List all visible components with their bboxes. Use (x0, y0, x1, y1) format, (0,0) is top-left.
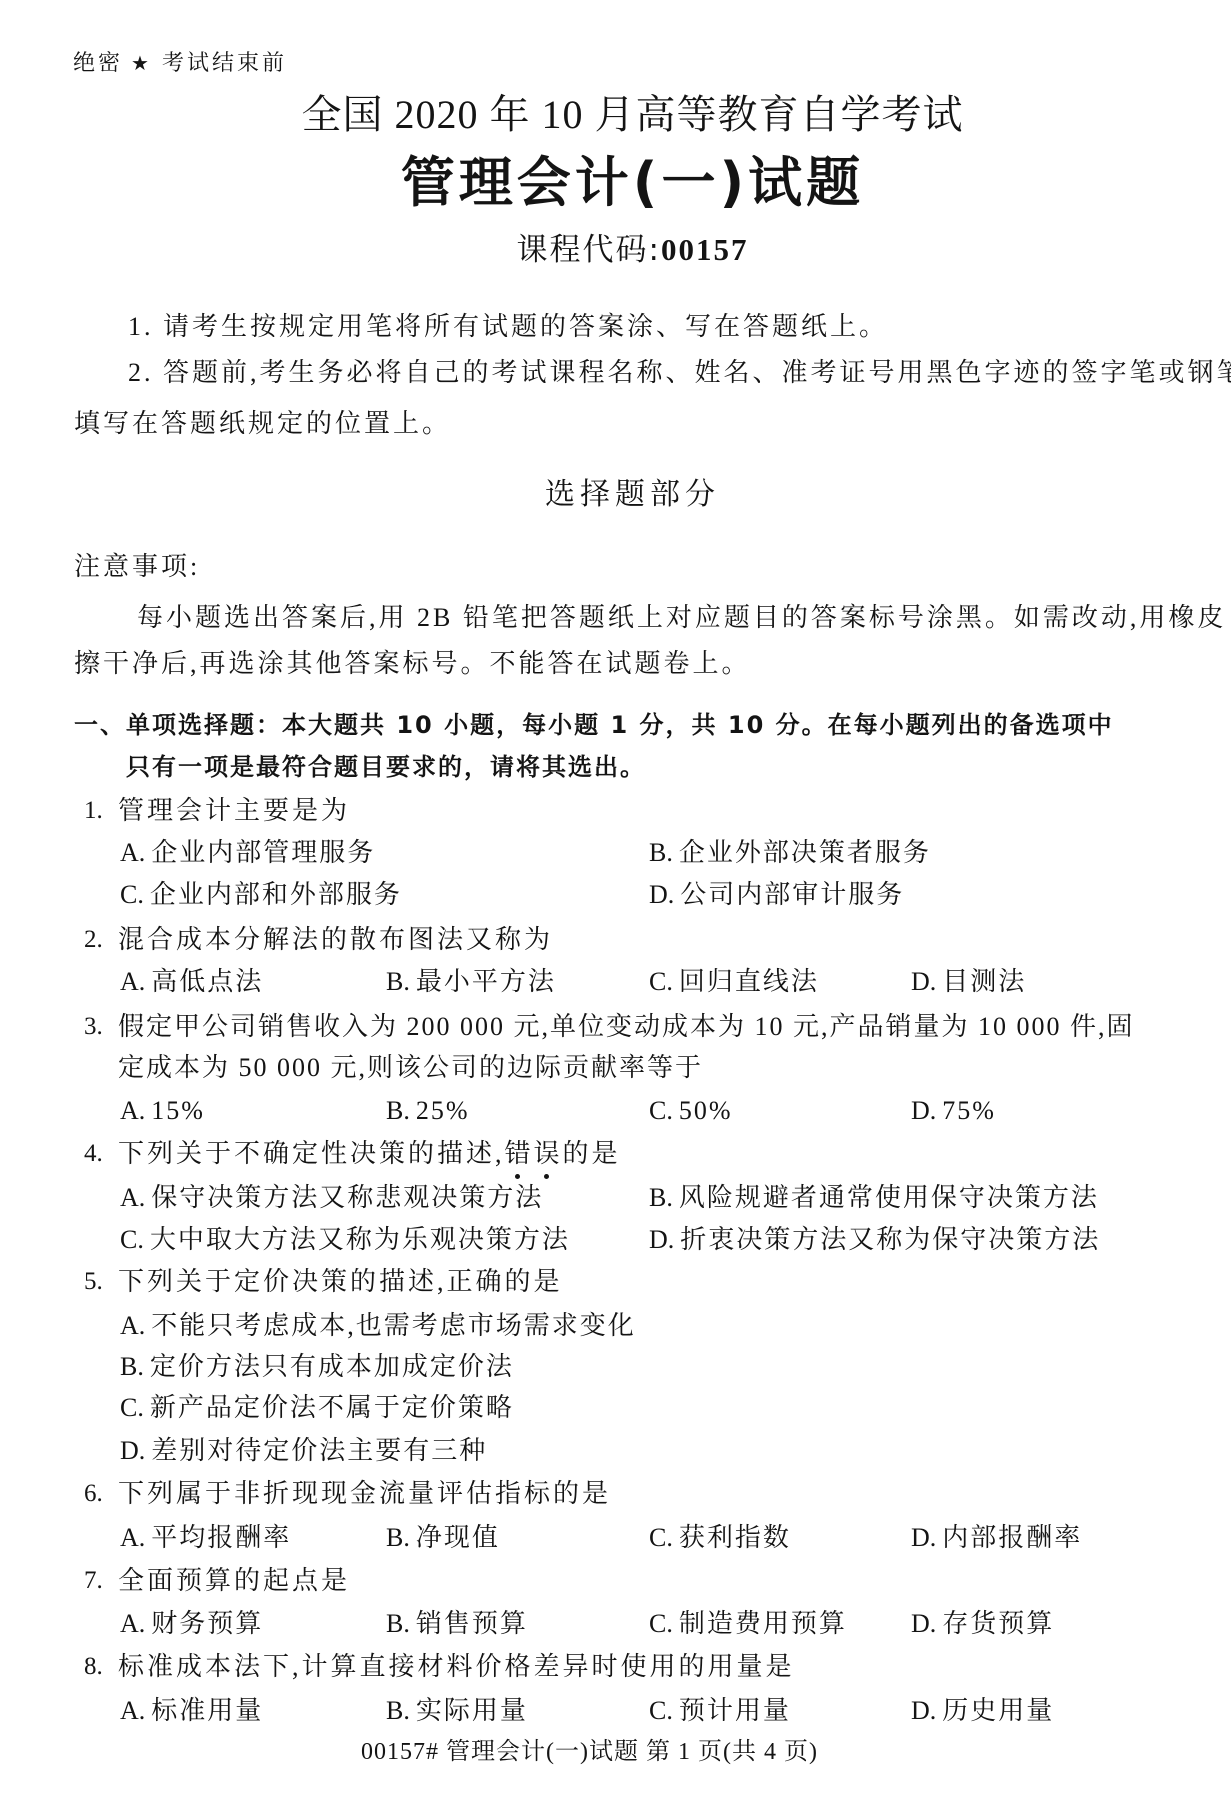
option-text: 75% (942, 1096, 996, 1125)
option-text: 平均报酬率 (151, 1523, 291, 1552)
question-stem: 管理会计主要是为 (118, 793, 350, 829)
option-c: C.预计用量 (649, 1693, 791, 1729)
option-c: C.回归直线法 (649, 964, 819, 1000)
question-number: 6. (84, 1476, 118, 1512)
option-c: C.企业内部和外部服务 (120, 877, 402, 913)
instruction-num: 2. (128, 358, 154, 387)
option-text: 销售预算 (416, 1609, 528, 1638)
option-b: B.企业外部决策者服务 (649, 835, 931, 871)
option-label: D. (120, 1436, 145, 1465)
option-label: D. (911, 967, 936, 996)
instruction-num: 1. (128, 312, 154, 341)
question-stem: 标准成本法下,计算直接材料价格差异时使用的用量是 (118, 1649, 795, 1685)
option-label: A. (120, 967, 145, 996)
option-label: A. (120, 1096, 145, 1125)
option-label: D. (649, 880, 674, 909)
option-text: 获利指数 (679, 1523, 791, 1552)
option-text: 差别对待定价法主要有三种 (151, 1436, 487, 1465)
option-c: C.大中取大方法又称为乐观决策方法 (120, 1222, 570, 1258)
emphasized-char: 误 (534, 1136, 563, 1172)
option-label: A. (120, 1523, 145, 1552)
option-label: C. (649, 1096, 673, 1125)
instruction-1: 1. 请考生按规定用笔将所有试题的答案涂、写在答题纸上。 (128, 309, 888, 345)
option-label: A. (120, 1311, 145, 1340)
option-text: 大中取大方法又称为乐观决策方法 (150, 1225, 570, 1254)
question-number: 5. (84, 1264, 118, 1300)
question-stem-line-2: 定成本为 50 000 元,则该公司的边际贡献率等于 (118, 1050, 703, 1086)
exam-page: 绝密★考试结束前 全国 2020 年 10 月高等教育自学考试 管理会计(一)试… (0, 0, 1231, 1793)
option-text: 净现值 (416, 1523, 500, 1552)
question-number: 7. (84, 1563, 118, 1599)
option-text: 50% (679, 1096, 733, 1125)
option-b: B.销售预算 (386, 1606, 528, 1642)
confidential-note: 考试结束前 (162, 51, 287, 76)
question-stem: 下列属于非折现现金流量评估指标的是 (118, 1476, 611, 1512)
option-text: 公司内部审计服务 (680, 880, 904, 909)
option-b: B.实际用量 (386, 1693, 528, 1729)
option-a: A.企业内部管理服务 (120, 835, 375, 871)
option-d: D.公司内部审计服务 (649, 877, 904, 913)
instruction-text: 答题前,考生务必将自己的考试课程名称、姓名、准考证号用黑色字迹的签字笔或钢笔 (163, 358, 1231, 387)
option-label: D. (649, 1225, 674, 1254)
option-text: 目测法 (942, 967, 1026, 996)
emphasized-char: 错 (505, 1136, 534, 1172)
option-text: 企业外部决策者服务 (679, 838, 931, 867)
option-text: 内部报酬率 (942, 1523, 1082, 1552)
course-code-label: 课程代码: (517, 232, 661, 268)
option-text: 预计用量 (679, 1696, 791, 1725)
question-stem: 混合成本分解法的散布图法又称为 (118, 922, 553, 958)
option-label: C. (649, 1696, 673, 1725)
option-text: 最小平方法 (416, 967, 556, 996)
option-a: A.不能只考虑成本,也需考虑市场需求变化 (120, 1308, 636, 1344)
question-stem: 全面预算的起点是 (118, 1563, 350, 1599)
option-d: D.内部报酬率 (911, 1520, 1082, 1556)
option-text: 历史用量 (942, 1696, 1054, 1725)
option-text: 企业内部管理服务 (151, 838, 375, 867)
option-label: D. (911, 1096, 936, 1125)
option-d: D.历史用量 (911, 1693, 1054, 1729)
option-label: B. (386, 1696, 410, 1725)
option-label: A. (120, 1183, 145, 1212)
option-text: 不能只考虑成本,也需考虑市场需求变化 (151, 1311, 636, 1340)
question-number: 1. (84, 793, 118, 829)
option-label: B. (386, 1096, 410, 1125)
option-label: C. (649, 1609, 673, 1638)
option-text: 新产品定价法不属于定价策略 (150, 1393, 514, 1422)
option-d: D.存货预算 (911, 1606, 1054, 1642)
part-heading-line-1: 一、单项选择题：本大题共 10 小题，每小题 1 分，共 10 分。在每小题列出… (74, 707, 1114, 743)
question-number: 2. (84, 922, 118, 958)
option-text: 定价方法只有成本加成定价法 (150, 1352, 514, 1381)
option-text: 保守决策方法又称悲观决策方法 (151, 1183, 543, 1212)
option-b: B.风险规避者通常使用保守决策方法 (649, 1180, 1099, 1216)
option-label: C. (649, 967, 673, 996)
option-label: C. (120, 880, 144, 909)
question-number: 3. (84, 1009, 118, 1045)
option-a: A.保守决策方法又称悲观决策方法 (120, 1180, 543, 1216)
option-text: 实际用量 (416, 1696, 528, 1725)
option-a: A.平均报酬率 (120, 1520, 291, 1556)
stem-text: 下列关于不确定性决策的描述, (118, 1139, 505, 1168)
notice-line-2: 擦干净后,再选涂其他答案标号。不能答在试题卷上。 (74, 646, 751, 682)
question-number: 4. (84, 1136, 118, 1172)
option-a: A.高低点法 (120, 964, 263, 1000)
option-label: D. (911, 1696, 936, 1725)
option-label: B. (649, 838, 673, 867)
question-stem: 假定甲公司销售收入为 200 000 元,单位变动成本为 10 元,产品销量为 … (118, 1009, 1135, 1045)
option-d: D.75% (911, 1093, 996, 1129)
page-footer: 00157# 管理会计(一)试题 第 1 页(共 4 页) (361, 1737, 818, 1767)
option-text: 企业内部和外部服务 (150, 880, 402, 909)
option-label: C. (120, 1225, 144, 1254)
instruction-2: 2. 答题前,考生务必将自己的考试课程名称、姓名、准考证号用黑色字迹的签字笔或钢… (128, 355, 1231, 391)
stem-text: 的是 (563, 1139, 621, 1168)
option-d: D.目测法 (911, 964, 1026, 1000)
section-title: 选择题部分 (74, 475, 1191, 515)
option-label: A. (120, 838, 145, 867)
part-heading-line-2: 只有一项是最符合题目要求的，请将其选出。 (126, 749, 646, 785)
question-stem: 下列关于不确定性决策的描述,错误的是 (118, 1136, 621, 1172)
option-b: B.25% (386, 1093, 470, 1129)
option-c: C.制造费用预算 (649, 1606, 847, 1642)
option-c: C.新产品定价法不属于定价策略 (120, 1390, 514, 1426)
option-a: A.财务预算 (120, 1606, 263, 1642)
option-label: B. (386, 967, 410, 996)
course-code: 课程代码:00157 (74, 230, 1191, 270)
option-label: B. (386, 1609, 410, 1638)
option-text: 15% (151, 1096, 205, 1125)
option-text: 折衷决策方法又称为保守决策方法 (680, 1225, 1100, 1254)
instruction-2-continuation: 填写在答题纸规定的位置上。 (74, 406, 451, 442)
option-text: 风险规避者通常使用保守决策方法 (679, 1183, 1099, 1212)
option-text: 高低点法 (151, 967, 263, 996)
course-code-value: 00157 (661, 232, 749, 267)
option-label: C. (649, 1523, 673, 1552)
option-b: B.定价方法只有成本加成定价法 (120, 1349, 514, 1385)
option-d: D.差别对待定价法主要有三种 (120, 1433, 487, 1469)
option-c: C.50% (649, 1093, 733, 1129)
option-label: B. (120, 1352, 144, 1381)
star-icon: ★ (131, 51, 152, 75)
option-a: A.15% (120, 1093, 205, 1129)
option-b: B.净现值 (386, 1520, 500, 1556)
question-stem: 下列关于定价决策的描述,正确的是 (118, 1264, 563, 1300)
notice-label: 注意事项: (74, 549, 200, 585)
option-c: C.获利指数 (649, 1520, 791, 1556)
notice-line-1: 每小题选出答案后,用 2B 铅笔把答题纸上对应题目的答案标号涂黑。如需改动,用橡… (137, 600, 1226, 636)
option-a: A.标准用量 (120, 1693, 263, 1729)
option-label: A. (120, 1696, 145, 1725)
subject-title: 管理会计(一)试题 (74, 151, 1191, 215)
option-text: 回归直线法 (679, 967, 819, 996)
exam-title: 全国 2020 年 10 月高等教育自学考试 (74, 90, 1191, 140)
confidential-header: 绝密★考试结束前 (73, 48, 287, 79)
confidential-label: 绝密 (73, 51, 123, 76)
option-label: B. (649, 1183, 673, 1212)
option-text: 财务预算 (151, 1609, 263, 1638)
instruction-text: 请考生按规定用笔将所有试题的答案涂、写在答题纸上。 (163, 312, 888, 341)
option-text: 存货预算 (942, 1609, 1054, 1638)
option-label: D. (911, 1523, 936, 1552)
option-d: D.折衷决策方法又称为保守决策方法 (649, 1222, 1100, 1258)
option-label: B. (386, 1523, 410, 1552)
option-text: 制造费用预算 (679, 1609, 847, 1638)
option-label: A. (120, 1609, 145, 1638)
option-label: C. (120, 1393, 144, 1422)
question-number: 8. (84, 1649, 118, 1685)
option-text: 标准用量 (151, 1696, 263, 1725)
option-b: B.最小平方法 (386, 964, 556, 1000)
option-text: 25% (416, 1096, 470, 1125)
option-label: D. (911, 1609, 936, 1638)
